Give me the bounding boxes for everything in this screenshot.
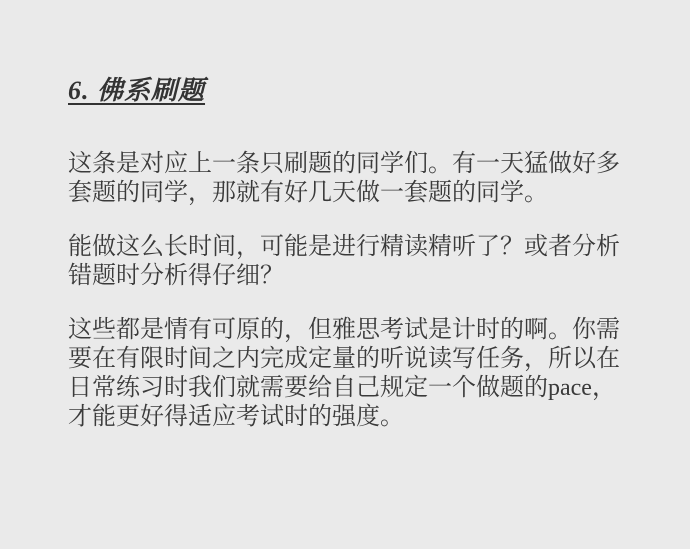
- text-line: 错题时分析得仔细？: [68, 262, 626, 291]
- text-line: 能做这么长时间，可能是进行精读精听了？或者分析: [68, 233, 626, 262]
- text-line: 这些都是情有可原的，但雅思考试是计时的啊。你需: [68, 316, 626, 345]
- paragraph: 这条是对应上一条只刷题的同学们。有一天猛做好多 套题的同学，那就有好几天做一套题…: [68, 150, 626, 208]
- section-heading: 6. 佛系刷题: [68, 76, 626, 106]
- text-line: 这条是对应上一条只刷题的同学们。有一天猛做好多: [68, 150, 626, 179]
- text-line: 日常练习时我们就需要给自己规定一个做题的pace，: [68, 374, 626, 403]
- article-body: 6. 佛系刷题 这条是对应上一条只刷题的同学们。有一天猛做好多 套题的同学，那就…: [0, 0, 690, 432]
- paragraph: 能做这么长时间，可能是进行精读精听了？或者分析 错题时分析得仔细？: [68, 233, 626, 291]
- text-line: 套题的同学，那就有好几天做一套题的同学。: [68, 179, 626, 208]
- text-line: 要在有限时间之内完成定量的听说读写任务，所以在: [68, 345, 626, 374]
- paragraph: 这些都是情有可原的，但雅思考试是计时的啊。你需 要在有限时间之内完成定量的听说读…: [68, 316, 626, 432]
- text-line: 才能更好得适应考试时的强度。: [68, 403, 626, 432]
